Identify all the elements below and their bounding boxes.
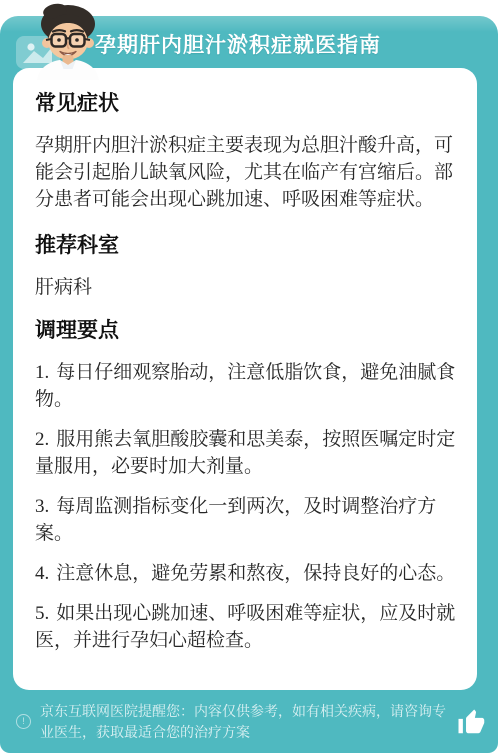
care-point-text: 每周监测指标变化一到两次，及时调整治疗方案。 [35, 496, 436, 544]
page-title: 孕期肝内胆汁淤积症就医指南 [95, 29, 381, 59]
care-point-text: 服用熊去氧胆酸胶囊和思美泰，按照医嘱定时定量服用，必要时加大剂量。 [35, 429, 455, 477]
care-point-text: 注意休息，避免劳累和熬夜，保持良好的心态。 [56, 563, 455, 584]
care-point-item-3: 3.每周监测指标变化一到两次，及时调整治疗方案。 [35, 493, 463, 547]
care-point-item-2: 2.服用熊去氧胆酸胶囊和思美泰，按照医嘱定时定量服用，必要时加大剂量。 [35, 426, 463, 480]
care-point-text: 如果出现心跳加速、呼吸困难等症状，应及时就医，并进行孕妇心超检查。 [35, 603, 455, 651]
section-heading-symptoms: 常见症状 [35, 87, 463, 117]
care-point-number: 1. [35, 362, 49, 383]
thumbs-up-glyph [456, 707, 486, 737]
care-point-number: 2. [35, 429, 49, 450]
card-footer: ! 京东互联网医院提醒您：内容仅供参考，如有相关疾病，请咨询专业医生，获取最适合… [0, 690, 498, 753]
care-point-item-5: 5.如果出现心跳加速、呼吸困难等症状，应及时就医，并进行孕妇心超检查。 [35, 600, 463, 654]
care-point-number: 5. [35, 603, 49, 624]
section-heading-department: 推荐科室 [35, 229, 463, 259]
care-point-item-4: 4.注意休息，避免劳累和熬夜，保持良好的心态。 [35, 560, 463, 587]
care-point-number: 3. [35, 496, 49, 517]
symptoms-paragraph: 孕期肝内胆汁淤积症主要表现为总胆汁酸升高，可能会引起胎儿缺氧风险，尤其在临产有宫… [35, 132, 463, 213]
info-circle-icon: ! [16, 714, 31, 729]
card-header: 孕期肝内胆汁淤积症就医指南 [0, 0, 500, 80]
health-guide-card: 孕期肝内胆汁淤积症就医指南 常见症状 孕期肝内胆汁淤积症主要表现为总胆汁酸升高，… [0, 0, 500, 756]
section-heading-care-points: 调理要点 [35, 314, 463, 344]
thumbs-up-icon [456, 707, 486, 737]
care-point-number: 4. [35, 563, 49, 584]
department-name: 肝病科 [35, 274, 463, 301]
care-point-item-1: 1.每日仔细观察胎动，注意低脂饮食，避免油腻食物。 [35, 359, 463, 413]
disclaimer-text: 京东互联网医院提醒您：内容仅供参考，如有相关疾病，请咨询专业医生，获取最适合您的… [40, 701, 447, 743]
content-card: 常见症状 孕期肝内胆汁淤积症主要表现为总胆汁酸升高，可能会引起胎儿缺氧风险，尤其… [13, 68, 477, 690]
care-point-text: 每日仔细观察胎动，注意低脂饮食，避免油腻食物。 [35, 362, 455, 410]
